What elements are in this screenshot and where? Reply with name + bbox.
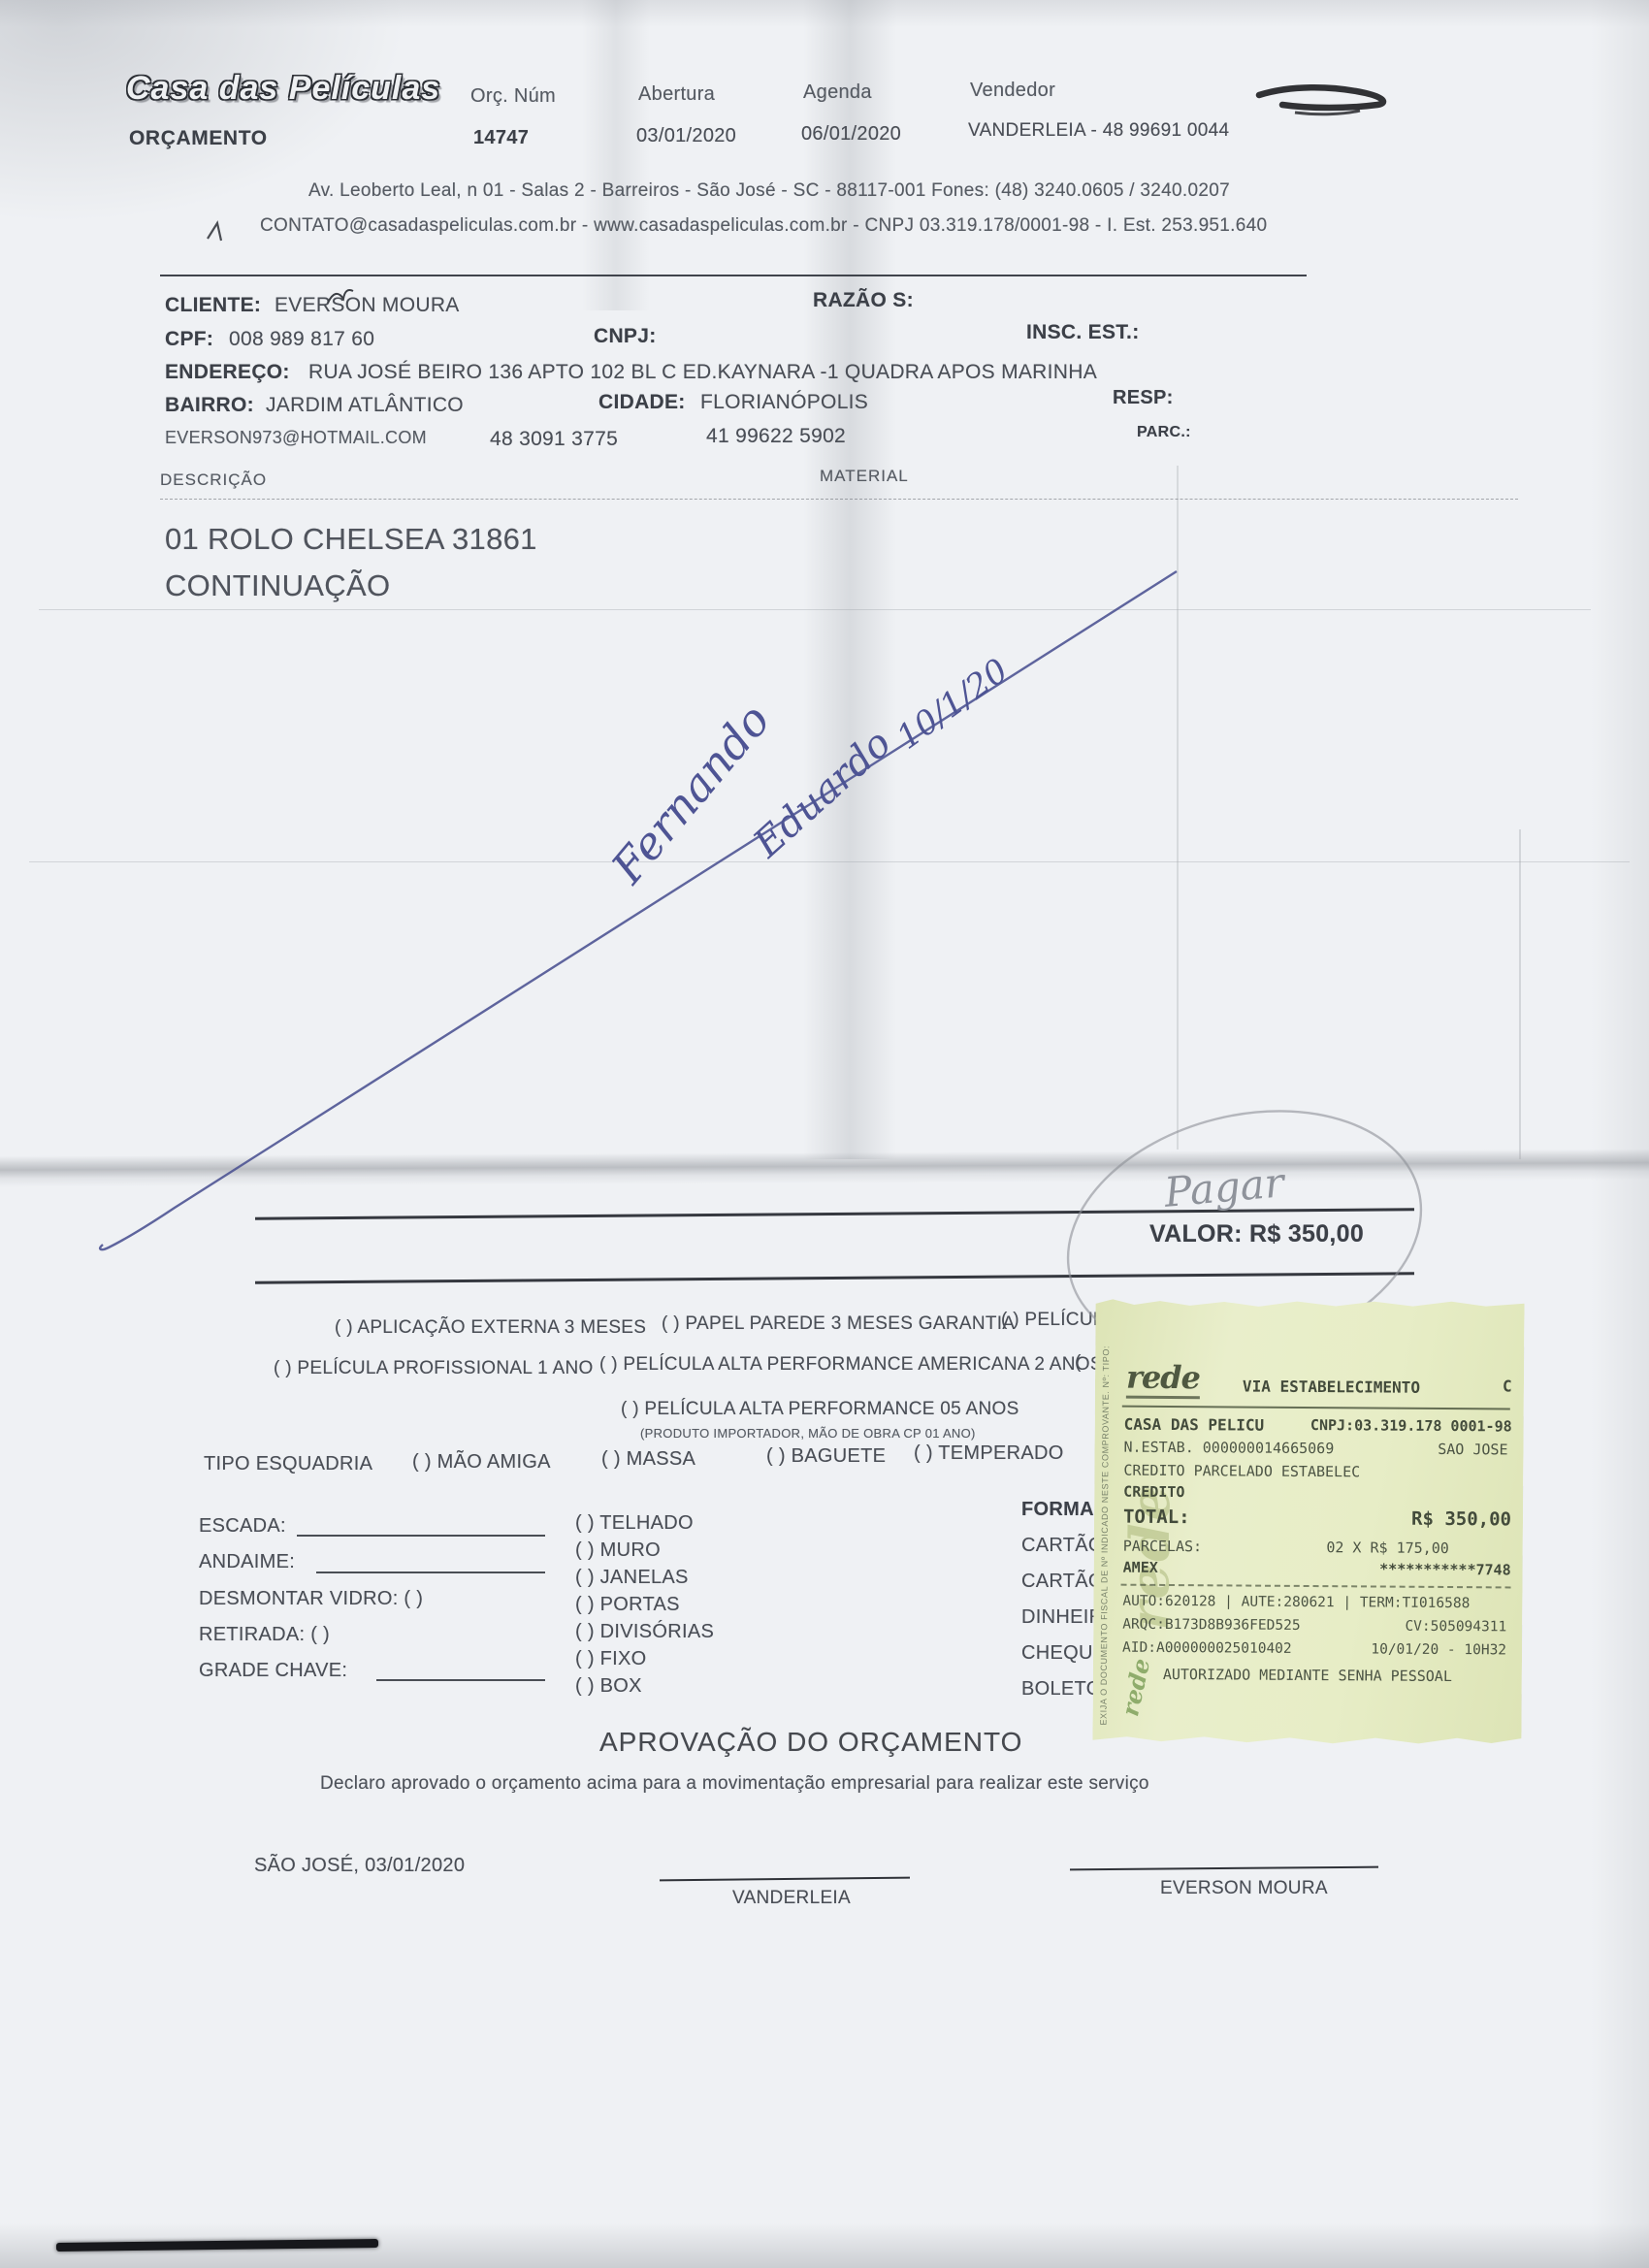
receipt-aid: AID:A000000025010402: [1122, 1640, 1292, 1657]
scan-vertical-crease-1: [1177, 466, 1179, 1150]
receipt-total-value: R$ 350,00: [1411, 1508, 1511, 1531]
forma-pagamento-label: FORMA: [1021, 1499, 1094, 1521]
signature-name-vendedor: VANDERLEIA: [732, 1888, 851, 1909]
valor-rule-bottom: [255, 1272, 1414, 1283]
receipt-datetime: 10/01/20 - 10H32: [1371, 1641, 1506, 1658]
grade-chave-label: GRADE CHAVE:: [199, 1660, 347, 1682]
cliente-value: EVERSON MOURA: [275, 294, 460, 317]
scanned-budget-document: Casa das Películas ORÇAMENTO Orç. Núm 14…: [0, 0, 1649, 2268]
retirada-label: RETIRADA: ( ): [199, 1624, 330, 1646]
approval-title: APROVAÇÃO DO ORÇAMENTO: [599, 1727, 1022, 1758]
scan-bottom-edge-shade: [0, 2223, 1649, 2268]
receipt-via-flag: C: [1503, 1377, 1512, 1395]
grade-chave-fill-line: [376, 1679, 545, 1681]
material-header: MATERIAL: [820, 467, 909, 486]
esquadria-massa: ( ) MASSA: [601, 1448, 695, 1471]
abertura-label: Abertura: [638, 83, 715, 106]
company-address: Av. Leoberto Leal, n 01 - Salas 2 - Barr…: [308, 180, 1230, 202]
ink-mark-left-margin: [208, 223, 221, 241]
handwritten-date: 10/1/20: [889, 651, 1016, 757]
endereco-value: RUA JOSÉ BEIRO 136 APTO 102 BL C ED.KAYN…: [308, 361, 1097, 384]
andaime-label: ANDAIME:: [199, 1551, 295, 1573]
abertura-value: 03/01/2020: [636, 125, 736, 147]
receipt-cv: CV:505094311: [1405, 1619, 1506, 1636]
receipt-footer: AUTORIZADO MEDIANTE SENHA PESSOAL: [1093, 1665, 1522, 1685]
opt-janelas: ( ) JANELAS: [575, 1567, 689, 1589]
client-phone1: 48 3091 3775: [490, 428, 618, 451]
receipt-estab: N.ESTAB. 000000014665069: [1123, 1439, 1334, 1458]
garantia-aplicacao-externa: ( ) APLICAÇÃO EXTERNA 3 MESES: [335, 1317, 646, 1339]
scan-faint-foldline-2: [29, 861, 1630, 862]
cpf-value: 008 989 817 60: [229, 328, 374, 351]
escada-fill-line: [297, 1535, 545, 1537]
esquadria-baguete: ( ) BAGUETE: [766, 1445, 886, 1468]
receipt-city: SAO JOSE: [1438, 1441, 1507, 1459]
handwritten-name-first: Fernando: [601, 694, 780, 892]
receipt-via-label: VIA ESTABELECIMENTO: [1243, 1377, 1420, 1397]
scan-right-edge-shade: [1591, 0, 1649, 2268]
opt-muro: ( ) MURO: [575, 1539, 661, 1562]
tipo-esquadria-label: TIPO ESQUADRIA: [204, 1453, 372, 1475]
scan-vertical-streak: [803, 0, 896, 1159]
receipt-mode1: CREDITO PARCELADO ESTABELEC: [1123, 1462, 1360, 1481]
vendedor-value: VANDERLEIA - 48 99691 0044: [968, 120, 1229, 142]
receipt-cnpj: CNPJ:03.319.178 0001-98: [1310, 1416, 1512, 1435]
andaime-fill-line: [316, 1571, 545, 1573]
parc-label: PARC.:: [1137, 424, 1191, 441]
razao-label: RAZÃO S:: [813, 289, 914, 312]
garantia-profissional-1ano: ( ) PELÍCULA PROFISSIONAL 1 ANO: [274, 1358, 594, 1379]
receipt-card-number: ***********7748: [1379, 1561, 1511, 1579]
garantia-papel-parede: ( ) PAPEL PAREDE 3 MESES GARANTIA: [662, 1313, 1015, 1335]
receipt-merchant: CASA DAS PELICU: [1124, 1415, 1265, 1435]
scan-bottom-black-band: [56, 2239, 378, 2252]
scan-fold-crease-band: [0, 1149, 1649, 1186]
receipt-auth-line: AUTO:620128 | AUTE:280621 | TERM:TI01658…: [1122, 1594, 1470, 1611]
esquadria-temperado: ( ) TEMPERADO: [914, 1442, 1064, 1465]
cidade-value: FLORIANÓPOLIS: [700, 391, 868, 414]
company-contact: CONTATO@casadaspeliculas.com.br - www.ca…: [260, 215, 1267, 237]
company-logo: Casa das Películas: [126, 70, 440, 108]
bairro-label: BAIRRO:: [165, 394, 254, 417]
receipt-arqc: ARQC:B173D8B936FED525: [1122, 1617, 1300, 1634]
opt-fixo: ( ) FIXO: [575, 1648, 647, 1670]
orc-num-value: 14747: [473, 127, 529, 149]
doc-type-label: ORÇAMENTO: [129, 127, 268, 150]
esquadria-mao-amiga: ( ) MÃO AMIGA: [412, 1451, 551, 1474]
opt-telhado: ( ) TELHADO: [575, 1512, 694, 1535]
cnpj-label: CNPJ:: [594, 325, 657, 348]
receipt-header-rule: [1122, 1406, 1510, 1410]
cidade-label: CIDADE:: [598, 391, 686, 414]
vendedor-label: Vendedor: [970, 80, 1055, 102]
garantia-alta-performance-5anos: ( ) PELÍCULA ALTA PERFORMANCE 05 ANOS: [621, 1399, 1019, 1420]
signature-name-cliente: EVERSON MOURA: [1160, 1878, 1328, 1899]
endereco-label: ENDEREÇO:: [165, 361, 290, 384]
handwritten-name-second: Eduardo: [745, 721, 900, 866]
client-top-rule: [160, 275, 1307, 276]
pen-diagonal-line: [100, 571, 1177, 1249]
opt-box: ( ) BOX: [575, 1675, 642, 1698]
scan-faint-foldline-1: [39, 609, 1591, 610]
bairro-value: JARDIM ATLÂNTICO: [266, 394, 464, 417]
approval-date-line: SÃO JOSÉ, 03/01/2020: [254, 1855, 465, 1877]
agenda-value: 06/01/2020: [801, 123, 901, 146]
receipt-mode2: CREDITO: [1123, 1483, 1184, 1501]
description-rule: [160, 499, 1518, 500]
cliente-label: CLIENTE:: [165, 294, 261, 317]
pen-scribble-top-right: [1259, 87, 1383, 108]
card-receipt: rede EXIJA O DOCUMENTO FISCAL DE Nº INDI…: [1092, 1296, 1524, 1745]
approval-declaration: Declaro aprovado o orçamento acima para …: [320, 1773, 1149, 1795]
client-email: EVERSON973@HOTMAIL.COM: [165, 428, 427, 448]
signature-line-cliente: [1070, 1866, 1378, 1871]
orc-num-label: Orç. Núm: [470, 85, 556, 108]
pagto-boleto: BOLETO: [1021, 1678, 1102, 1701]
garantia-note: (PRODUTO IMPORTADOR, MÃO DE OBRA CP 01 A…: [640, 1426, 976, 1441]
handwritten-pagar-note: Pagar: [1162, 1158, 1285, 1216]
resp-label: RESP:: [1113, 387, 1174, 409]
descricao-header: DESCRIÇÃO: [160, 470, 267, 490]
receipt-edge-text: EXIJA O DOCUMENTO FISCAL DE Nº INDICADO …: [1099, 1309, 1112, 1726]
receipt-parcelas-value: 02 X R$ 175,00: [1326, 1539, 1449, 1557]
pen-scribble-top-right-2: [1295, 111, 1360, 114]
signature-line-vendedor: [660, 1877, 910, 1882]
opt-divisorias: ( ) DIVISÓRIAS: [575, 1621, 714, 1643]
pagto-cartao-1: CARTÃO: [1021, 1535, 1104, 1557]
garantia-alta-performance-2anos: ( ) PELÍCULA ALTA PERFORMANCE AMERICANA …: [599, 1354, 1103, 1376]
scan-top-edge-shade: [0, 0, 1649, 27]
client-phone2: 41 99622 5902: [706, 425, 846, 448]
scan-vertical-crease-2: [1519, 829, 1521, 1159]
receipt-total-label: TOTAL:: [1123, 1507, 1190, 1528]
pagto-cartao-2: CARTÃO: [1021, 1571, 1104, 1593]
agenda-label: Agenda: [803, 81, 872, 104]
escada-label: ESCADA:: [199, 1515, 286, 1538]
rede-logo: rede: [1126, 1359, 1200, 1400]
insc-est-label: INSC. EST.:: [1026, 321, 1139, 344]
scan-vertical-streak-2: [582, 0, 650, 310]
item-line-2: CONTINUAÇÃO: [165, 568, 390, 603]
desmontar-vidro-label: DESMONTAR VIDRO: ( ): [199, 1588, 423, 1610]
cpf-label: CPF:: [165, 328, 213, 351]
receipt-parcelas-label: PARCELAS:: [1123, 1538, 1202, 1556]
garantia-row2-cut: (: [1075, 1352, 1082, 1374]
receipt-card-brand: AMEX: [1123, 1559, 1158, 1576]
opt-portas: ( ) PORTAS: [575, 1594, 680, 1616]
valor-amount: VALOR: R$ 350,00: [1149, 1220, 1364, 1248]
item-line-1: 01 ROLO CHELSEA 31861: [165, 522, 537, 557]
